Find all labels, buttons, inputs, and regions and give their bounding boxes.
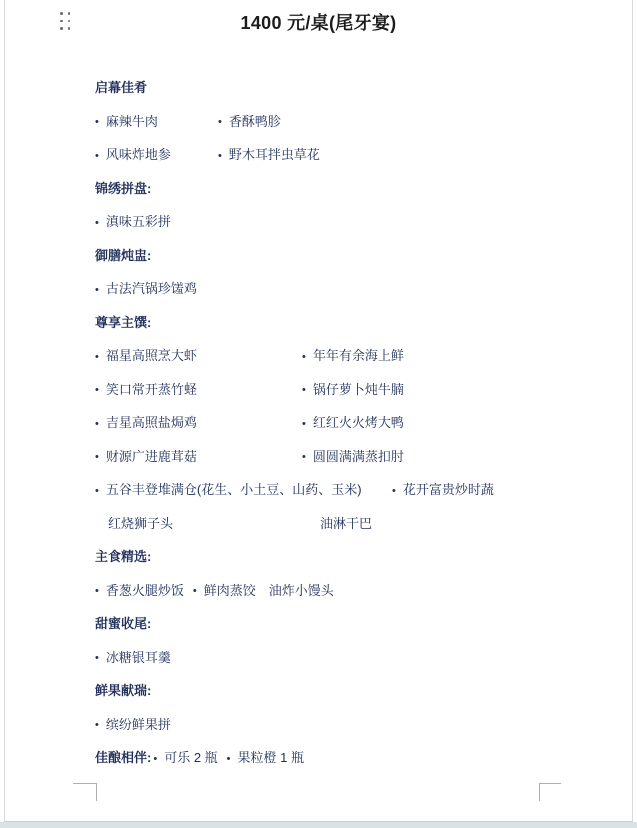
dish-name: 风味炸地参 (106, 147, 171, 162)
bullet-marker: • (227, 753, 231, 765)
bullet-marker: • (95, 217, 99, 229)
bullet-marker: • (95, 652, 99, 664)
menu-item-col1: •滇味五彩拼 (95, 214, 171, 229)
section-heading: 尊享主馔: (95, 316, 570, 330)
bullet-marker: • (302, 451, 306, 463)
bullet-marker: • (302, 418, 306, 430)
menu-item-segment: •果粒橙 1 瓶 (227, 750, 304, 765)
menu-row: •吉星高照盐焗鸡•红红火火烤大鸭 (95, 416, 570, 430)
dish-name: 花开富贵炒时蔬 (403, 482, 494, 497)
bullet-marker: • (95, 451, 99, 463)
menu-item-col1: •古法汽锅珍馐鸡 (95, 281, 197, 296)
bullet-marker: • (153, 753, 157, 765)
bullet-marker: • (392, 485, 396, 497)
dish-name: 年年有余海上鲜 (313, 348, 404, 363)
dish-name: 香酥鸭胗 (229, 114, 281, 129)
menu-item-segment: •鲜肉蒸饺 (193, 583, 256, 598)
dish-name: 油淋干巴 (320, 516, 372, 531)
menu-row: •笑口常开蒸竹蛏•锅仔萝卜炖牛腩 (95, 383, 570, 397)
menu-item-col2: •年年有余海上鲜 (302, 348, 404, 363)
bullet-marker: • (95, 150, 99, 162)
page-right-border (632, 0, 633, 821)
dish-name: 鲜肉蒸饺 (204, 583, 256, 598)
dish-name: 油炸小馒头 (269, 583, 334, 598)
menu-item-col1: 红烧狮子头 (108, 517, 320, 531)
menu-item-col2: •圆圆满满蒸扣肘 (302, 449, 404, 464)
menu-item-col2: •红红火火烤大鸭 (302, 415, 404, 430)
dish-name: 野木耳拌虫草花 (229, 147, 320, 162)
menu-item-col1: •笑口常开蒸竹蛏 (95, 383, 302, 398)
menu-item-col2: •锅仔萝卜炖牛腩 (302, 382, 404, 397)
menu-row: •冰糖银耳羹 (95, 651, 570, 665)
dish-name: 红红火火烤大鸭 (313, 415, 404, 430)
dish-name: 圆圆满满蒸扣肘 (313, 449, 404, 464)
menu-item-col1: •风味炸地参 (95, 148, 218, 163)
dish-name: 锅仔萝卜炖牛腩 (313, 382, 404, 397)
menu-item-segment: 油炸小馒头 (269, 583, 334, 598)
section-heading: 御膳炖盅: (95, 249, 570, 263)
menu-item-col1: •麻辣牛肉 (95, 115, 218, 130)
bullet-marker: • (302, 384, 306, 396)
menu-item-col1: •吉星高照盐焗鸡 (95, 416, 302, 431)
bullet-marker: • (302, 351, 306, 363)
menu-row: •福星高照烹大虾•年年有余海上鲜 (95, 349, 570, 363)
menu-row: •麻辣牛肉•香酥鸭胗 (95, 115, 570, 129)
footer-corner-mark-right (539, 783, 561, 801)
dish-name: 缤纷鲜果拼 (106, 717, 171, 732)
dish-name: 果粒橙 1 瓶 (238, 750, 304, 765)
dish-name: 吉星高照盐焗鸡 (106, 415, 197, 430)
bullet-marker: • (95, 351, 99, 363)
menu-item-col2: •野木耳拌虫草花 (218, 147, 320, 162)
menu-item-col2: •花开富贵炒时蔬 (392, 482, 494, 497)
dish-name: 古法汽锅珍馐鸡 (106, 281, 197, 296)
menu-row-inline: •香葱火腿炒饭•鲜肉蒸饺油炸小馒头 (95, 584, 570, 598)
dish-name: 可乐 2 瓶 (164, 750, 217, 765)
menu-body: 启幕佳肴•麻辣牛肉•香酥鸭胗•风味炸地参•野木耳拌虫草花锦绣拼盘:•滇味五彩拼御… (95, 81, 570, 785)
page-left-border (4, 0, 5, 821)
bullet-marker: • (218, 150, 222, 162)
dish-name: 五谷丰登堆满仓(花生、小土豆、山药、玉米) (106, 482, 362, 497)
menu-row: •财源广进鹿茸菇•圆圆满满蒸扣肘 (95, 450, 570, 464)
bullet-marker: • (95, 585, 99, 597)
bullet-marker: • (95, 485, 99, 497)
menu-item-segment: •可乐 2 瓶 (153, 750, 217, 765)
section-heading: 主食精选: (95, 550, 570, 564)
menu-item-col1: •财源广进鹿茸菇 (95, 450, 302, 465)
bullet-marker: • (95, 384, 99, 396)
page-title: 1400 元/桌(尾牙宴) (5, 9, 632, 35)
bullet-marker: • (193, 585, 197, 597)
section-heading: 甜蜜收尾: (95, 617, 570, 631)
menu-item-col2: •香酥鸭胗 (218, 114, 281, 129)
dish-name: 冰糖银耳羹 (106, 650, 171, 665)
bullet-marker: • (95, 719, 99, 731)
menu-item-col1: •五谷丰登堆满仓(花生、小土豆、山药、玉米) (95, 483, 392, 498)
dish-name: 麻辣牛肉 (106, 114, 158, 129)
menu-item-col2: 油淋干巴 (320, 516, 372, 531)
dish-name: 笑口常开蒸竹蛏 (106, 382, 197, 397)
menu-row: •古法汽锅珍馐鸡 (95, 282, 570, 296)
menu-item-segment: •香葱火腿炒饭 (95, 583, 184, 598)
dish-name: 滇味五彩拼 (106, 214, 171, 229)
menu-row-inline: 佳酿相伴:•可乐 2 瓶•果粒橙 1 瓶 (95, 751, 570, 765)
menu-item-col1: •福星高照烹大虾 (95, 349, 302, 364)
footer-corner-mark-left (73, 783, 97, 801)
app-background-band (0, 822, 637, 828)
menu-row: 红烧狮子头油淋干巴 (95, 517, 570, 531)
section-heading: 锦绣拼盘: (95, 182, 570, 196)
bullet-marker: • (218, 116, 222, 128)
dish-name: 福星高照烹大虾 (106, 348, 197, 363)
bullet-marker: • (95, 116, 99, 128)
menu-row: •五谷丰登堆满仓(花生、小土豆、山药、玉米)•花开富贵炒时蔬 (95, 483, 570, 497)
menu-row: •缤纷鲜果拼 (95, 718, 570, 732)
section-heading: 启幕佳肴 (95, 81, 570, 95)
bullet-marker: • (95, 418, 99, 430)
menu-row: •滇味五彩拼 (95, 215, 570, 229)
bullet-marker: • (95, 284, 99, 296)
menu-row: •风味炸地参•野木耳拌虫草花 (95, 148, 570, 162)
dish-name: 香葱火腿炒饭 (106, 583, 184, 598)
dish-name: 红烧狮子头 (108, 516, 173, 531)
section-heading-inline: 佳酿相伴: (95, 750, 151, 765)
menu-item-col1: •冰糖银耳羹 (95, 650, 171, 665)
dish-name: 财源广进鹿茸菇 (106, 449, 197, 464)
section-heading: 鲜果献瑞: (95, 684, 570, 698)
menu-item-col1: •缤纷鲜果拼 (95, 717, 171, 732)
